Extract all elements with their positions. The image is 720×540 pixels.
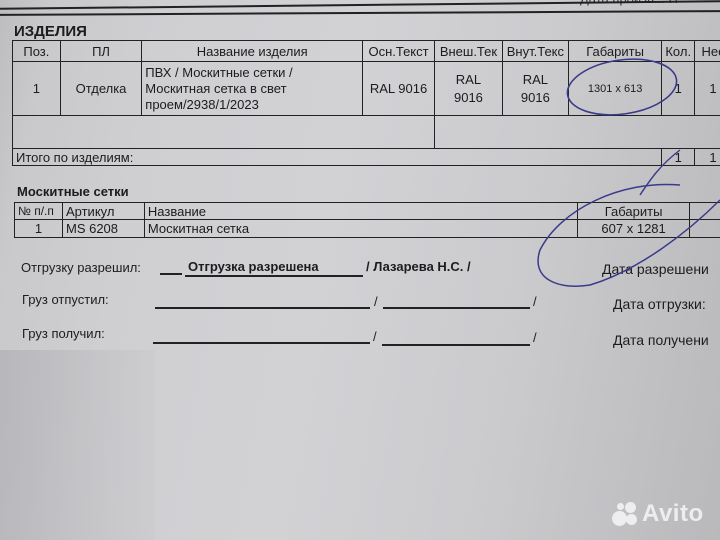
empty-row [13,116,720,149]
col-pl: ПЛ [60,41,142,62]
table-row: 1 Отделка ПВХ / Москитные сетки / Москит… [13,62,720,116]
products-header-row: Поз. ПЛ Название изделия Осн.Текст Внеш.… [13,41,720,62]
release-date-label: Дата отгрузки: [613,296,706,312]
row-name-line: ПВХ / Москитные сетки / [145,65,359,81]
net-blank [690,220,720,238]
row-inner-texture-line: 9016 [506,89,565,107]
net-article: MS 6208 [62,220,144,238]
empty-cell [13,116,435,149]
received-name-field[interactable] [382,344,530,346]
allow-date-label: Дата разрешени [602,261,709,277]
net-name: Москитная сетка [144,220,577,238]
shipment-allowed-person: / Лазарева Н.С. / [366,259,471,274]
slash: / [533,330,537,345]
row-name: ПВХ / Москитные сетки / Москитная сетка … [142,62,363,116]
total-extra: 1 [695,149,720,166]
row-inner-texture: RAL 9016 [502,62,568,116]
row-extra: 1 [695,62,720,116]
col-net-dimensions: Габариты [578,203,690,220]
mosquito-nets-table: № п/.п Артикул Название Габариты 1 MS 62… [14,202,720,238]
received-label: Груз получил: [22,326,105,341]
avito-logo-icon [612,501,638,527]
empty-cell [434,116,720,149]
paper-fold-shadow [0,350,155,540]
total-row: Итого по изделиям: 1 1 [13,149,720,166]
nets-header-row: № п/.п Артикул Название Габариты [15,203,720,220]
col-main-texture: Осн.Текст [363,41,435,62]
row-outer-texture-line: 9016 [438,89,499,107]
released-name-field[interactable] [383,307,530,309]
products-title: ИЗДЕЛИЯ [14,23,87,40]
avito-brand-text: Avito [642,500,704,528]
row-main-texture: RAL 9016 [363,62,435,116]
signature-line [185,275,363,277]
row-pos: 1 [13,62,61,116]
row-name-line: Москитная сетка в свет [145,81,359,97]
signature-line [160,273,182,275]
col-outer-texture: Внеш.Тек [434,41,502,62]
col-num: № п/.п [15,203,63,220]
col-inner-texture: Внут.Текс [502,41,568,62]
row-qty: 1 [662,62,695,116]
col-pos: Поз. [13,41,61,62]
slash: / [374,294,378,309]
row-name-line: проем/2938/1/2023 [145,97,359,113]
released-signature-field[interactable] [155,307,370,309]
col-extra: Нес [695,41,720,62]
net-dimensions: 607 x 1281 [578,220,690,238]
total-qty: 1 [662,149,695,166]
col-net-name: Название [144,203,577,220]
col-qty: Кол. [662,41,695,62]
slash: / [373,329,377,344]
released-label: Груз отпустил: [22,292,109,307]
col-article: Артикул [62,203,144,220]
products-table: Поз. ПЛ Название изделия Осн.Текст Внеш.… [12,40,720,166]
col-dimensions: Габариты [568,41,661,62]
receive-date-label: Дата получени [613,332,709,348]
mosquito-nets-title: Москитные сетки [17,184,129,199]
received-signature-field[interactable] [153,342,370,344]
row-pl: Отделка [60,62,142,116]
table-row: 1 MS 6208 Москитная сетка 607 x 1281 [15,220,720,238]
col-blank [690,203,720,220]
row-dimensions: 1301 x 613 [568,62,661,116]
slash: / [533,294,537,309]
shipment-allowed-value: Отгрузка разрешена [188,259,319,274]
total-label: Итого по изделиям: [13,149,662,166]
avito-watermark: Avito [612,500,704,528]
row-outer-texture: RAL 9016 [434,62,502,116]
row-inner-texture-line: RAL [506,71,565,89]
shipment-allowed-label: Отгрузку разрешил: [21,260,141,275]
net-num: 1 [15,220,63,238]
row-outer-texture-line: RAL [438,71,499,89]
top-rule-2 [0,10,720,15]
col-name: Название изделия [142,41,363,62]
